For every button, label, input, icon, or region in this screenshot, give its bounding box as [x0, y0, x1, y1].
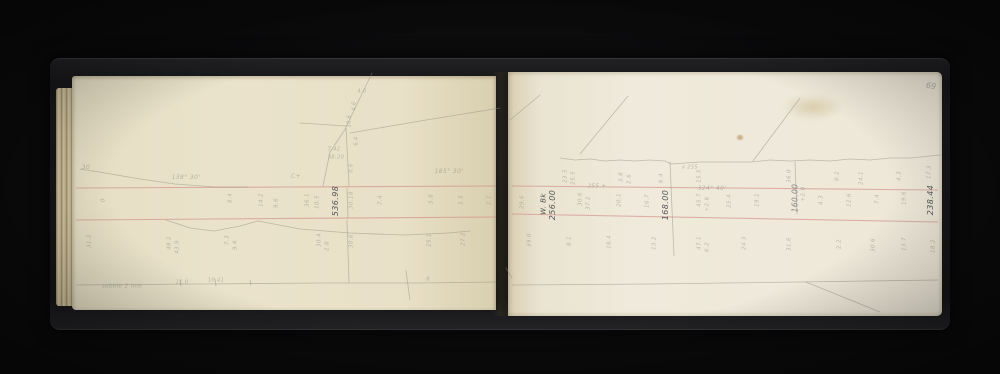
- pencil-annotation: 37.2: [586, 196, 592, 210]
- pencil-annotation: 25.5: [571, 171, 577, 185]
- pencil-annotation: 18.4: [607, 235, 613, 249]
- pencil-annotation: 43.9: [175, 240, 181, 254]
- pencil-annotation: 36.0: [787, 169, 793, 183]
- pencil-annotation: +2.0: [801, 187, 807, 202]
- pencil-annotation: 8.1: [567, 236, 573, 246]
- pencil-annotation: 8: [426, 278, 430, 283]
- pencil-annotation: 160.00: [791, 184, 799, 213]
- pencil-annotation: 31.6: [787, 237, 793, 251]
- pencil-annotation: 18.2: [931, 239, 937, 253]
- pencil-annotation: 4.6: [353, 101, 358, 110]
- pencil-annotation: 30: [82, 165, 90, 171]
- pencil-annotation: 6.2: [705, 242, 711, 252]
- pencil-annotation: 36.1: [305, 193, 311, 207]
- pencil-annotation: 536.98: [332, 186, 340, 216]
- pencil-annotation: 255 +: [588, 184, 607, 190]
- pencil-annotation: 7.4: [378, 195, 384, 205]
- pencil-annotation: +2.6: [705, 197, 711, 212]
- pencil-annotation: 7.3: [225, 235, 231, 245]
- pencil-annotation: 31.2: [87, 234, 93, 248]
- pencil-annotation: 24.3: [742, 236, 748, 250]
- pencil-annotation: 4.0: [357, 90, 366, 95]
- pencil-annotation: 2.1: [487, 195, 493, 205]
- photo-background: 4.04.610.66.47.4258.200.630C+138° 30'185…: [0, 0, 1000, 374]
- pencil-annotation: 13.2: [652, 236, 658, 250]
- pencil-annotation: 30.4: [317, 233, 323, 247]
- pencil-annotation: 8.2: [835, 171, 841, 181]
- pencil-annotation: C+: [291, 174, 301, 180]
- pencil-annotation: 2.8: [325, 241, 331, 251]
- pencil-annotation: 25.4: [727, 194, 733, 208]
- pencil-annotation: 30.6: [871, 238, 877, 252]
- pencil-annotation: 238.44: [927, 185, 935, 215]
- pencil-annotation: 30.18: [349, 191, 355, 209]
- pencil-annotation: 2.2: [837, 239, 843, 249]
- pencil-annotation: 6.4: [659, 173, 665, 183]
- pencil-annotation: 30.6: [578, 192, 584, 206]
- pencil-annotation: 29.6: [520, 195, 526, 209]
- pencil-annotation: 45.7: [697, 193, 703, 207]
- pencil-annotation: 19.1: [755, 193, 761, 207]
- pencil-annotation: 168.00: [662, 190, 670, 220]
- pencil-annotation: 11.0: [176, 281, 189, 286]
- pencil-annotation: 15.5: [697, 169, 703, 183]
- pencil-annotation: 138° 30': [172, 175, 201, 181]
- pencil-annotation: 25.1: [427, 233, 433, 247]
- pencil-annotation: 4.3: [819, 195, 825, 205]
- pencil-annotation: subble 2 line: [102, 284, 142, 290]
- pencil-annotation: 6.4: [355, 136, 360, 145]
- pencil-annotation: 0: [101, 198, 107, 202]
- pencil-annotation: 9.6: [274, 198, 280, 208]
- pencil-annotation: 0.6: [350, 163, 355, 172]
- pencil-annotation: 7.4: [875, 194, 881, 204]
- pencil-annotation: 324° 40': [698, 186, 727, 192]
- pencil-annotation: 3.8: [619, 172, 625, 182]
- pencil-annotation: 3.5: [459, 195, 465, 205]
- pencil-annotation: 185° 30': [435, 169, 464, 175]
- pencil-annotation: 23.5: [563, 169, 569, 183]
- pencil-annotation: 2.6: [627, 174, 633, 184]
- pencil-annotation: 7.42: [328, 148, 341, 153]
- pencil-annotation: 12.6: [847, 193, 853, 207]
- pencil-annotation: 19.6: [902, 191, 908, 205]
- pencil-annotation: 10.5: [315, 195, 321, 209]
- pencil-annotation: 10.41: [208, 279, 224, 284]
- pencil-annotation: 256.00: [549, 190, 557, 220]
- pencil-annotation: 4.3: [897, 171, 903, 181]
- pencil-annotation: 58.20: [328, 156, 344, 161]
- pencil-annotation: 13.7: [902, 237, 908, 251]
- pencil-annotation: 27.2: [461, 232, 467, 246]
- pencil-annotation: 24.1: [859, 171, 865, 185]
- pencil-annotation: 16.7: [645, 194, 651, 208]
- pencil-annotation: 14.2: [259, 193, 265, 207]
- pencil-annotation: 48.2: [167, 236, 173, 250]
- page-number: 69: [925, 81, 936, 91]
- pencil-annotation: 8.4: [228, 193, 234, 203]
- annotation-layer: 4.04.610.66.47.4258.200.630C+138° 30'185…: [0, 0, 1000, 374]
- pencil-annotation: 47.1: [697, 236, 703, 250]
- pencil-annotation: 5.8: [429, 194, 435, 204]
- pencil-annotation: 20.1: [617, 193, 623, 207]
- pencil-annotation: 39.0: [527, 233, 533, 247]
- pencil-annotation: W. Bk: [541, 193, 548, 215]
- pencil-annotation: 17.3: [927, 165, 933, 179]
- pencil-annotation: 9.6: [233, 240, 239, 250]
- pencil-annotation: 10.6: [348, 115, 353, 128]
- pencil-annotation: 38.6: [349, 234, 355, 248]
